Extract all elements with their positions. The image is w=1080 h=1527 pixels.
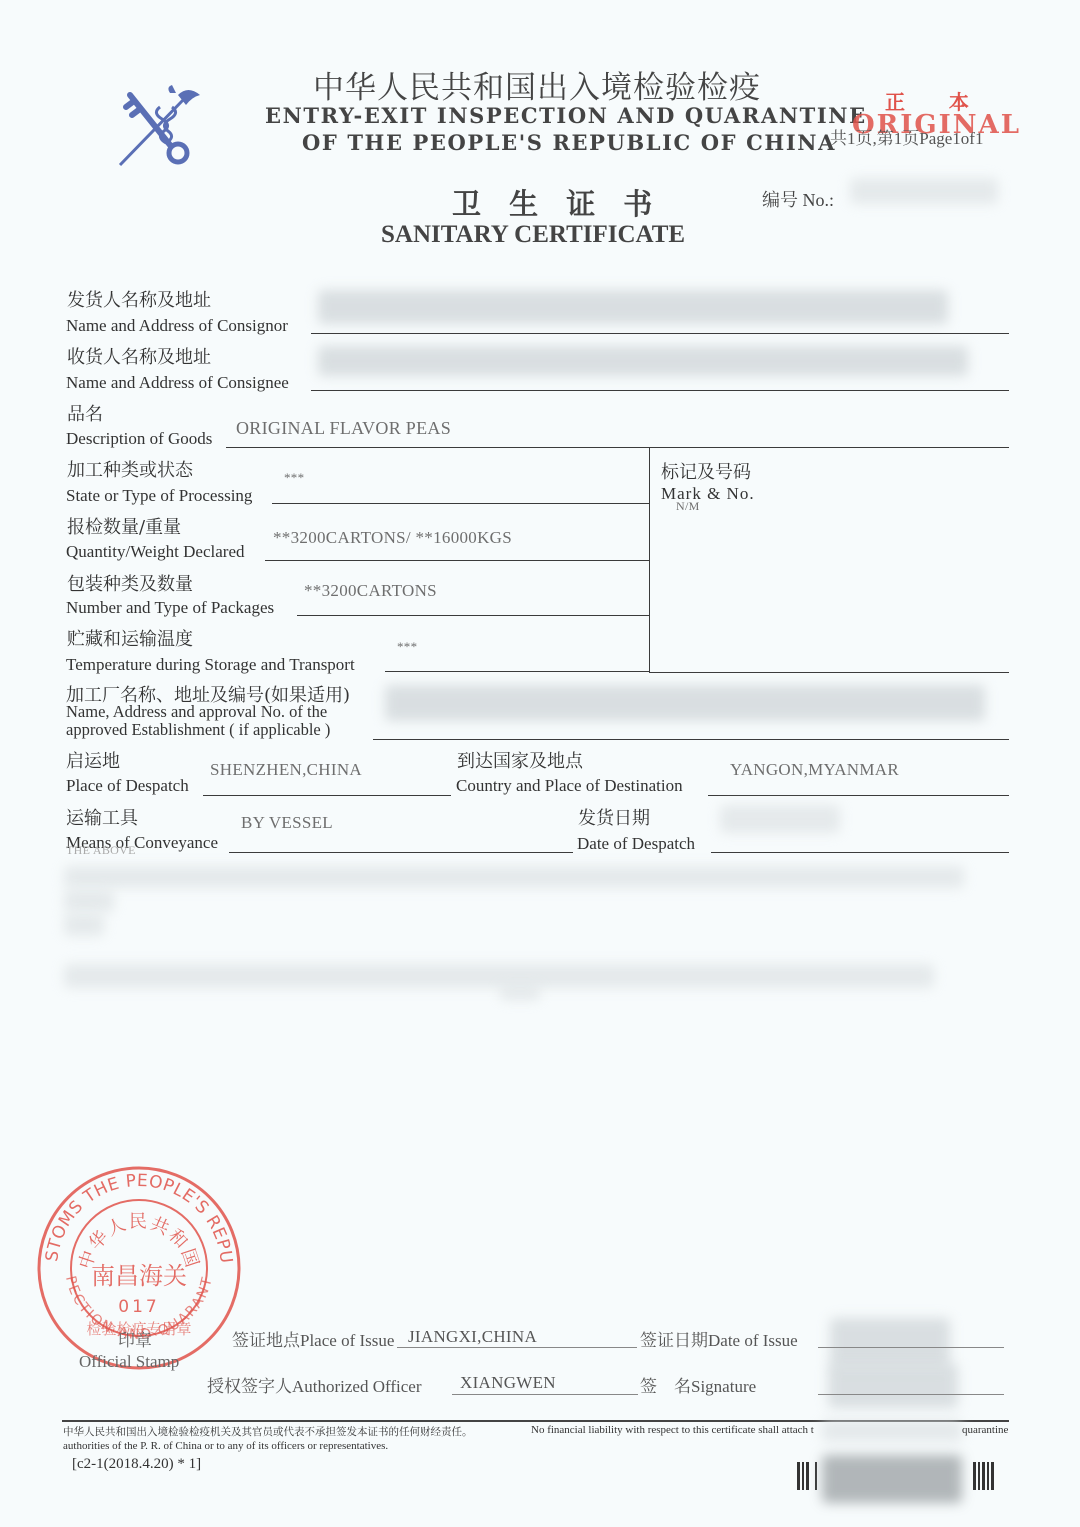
footer-disclaimer-en-line2: authorities of the P. R. of China or to …: [63, 1440, 388, 1452]
temperature-label-zh: 贮藏和运输温度: [67, 625, 193, 651]
authorized-officer-label: 授权签字人Authorized Officer: [207, 1372, 422, 1397]
temperature-label-en: Temperature during Storage and Transport: [66, 655, 355, 675]
destination-value: YANGON,MYANMAR: [730, 760, 899, 780]
consignor-label-en: Name and Address of Consignor: [66, 316, 288, 336]
processing-value: ***: [284, 470, 304, 486]
despatch-place-label-zh: 启运地: [66, 747, 120, 773]
establishment-value-redacted: [385, 685, 985, 721]
temperature-value: ***: [397, 639, 417, 655]
stamp-label-zh: 印章: [118, 1326, 152, 1351]
establishment-label-en-line2: approved Establishment ( if applicable ): [66, 720, 330, 740]
mark-box-bottom: [649, 672, 1009, 673]
org-name-en-line1: ENTRY-EXIT INSPECTION AND QUARANTINE: [265, 103, 867, 128]
mark-value: N/M: [676, 499, 700, 514]
consignee-label-en: Name and Address of Consignee: [66, 373, 289, 393]
conveyance-underline: [229, 852, 573, 853]
signature-value-redacted: [828, 1364, 958, 1408]
stamp-label-en: Official Stamp: [79, 1352, 179, 1372]
signature-label: 签 名Signature: [640, 1372, 756, 1397]
certificate-number-label: 编号 No.:: [762, 186, 834, 212]
quantity-value: **3200CARTONS/ **16000KGS: [273, 528, 512, 548]
place-of-issue-label: 签证地点Place of Issue: [232, 1326, 394, 1351]
certificate-number-value-redacted: [850, 178, 998, 204]
processing-label-en: State or Type of Processing: [66, 486, 252, 506]
svg-text:017: 017: [118, 1297, 159, 1317]
date-of-issue-underline: [818, 1347, 1004, 1348]
processing-underline: [272, 503, 650, 504]
svg-text:南昌海关: 南昌海关: [91, 1262, 187, 1290]
place-of-issue-value: JIANGXI,CHINA: [408, 1327, 537, 1347]
quantity-label-en: Quantity/Weight Declared: [66, 542, 244, 562]
processing-label-zh: 加工种类或状态: [67, 456, 193, 482]
declaration-body-redacted-line1: [64, 866, 964, 888]
org-name-zh: 中华人民共和国出入境检验检疫: [313, 62, 761, 107]
authorized-officer-value: XIANGWEN: [460, 1373, 556, 1393]
footer-disclaimer-en-b: quarantine: [962, 1424, 1008, 1436]
mark-box-divider: [649, 448, 650, 672]
page-info: 共1页,第1页Page1of1: [830, 124, 983, 149]
despatch-date-label-zh: 发货日期: [578, 804, 650, 830]
consignor-value-redacted: [318, 290, 948, 324]
barcode-redacted: [822, 1455, 962, 1503]
goods-label-zh: 品名: [67, 400, 103, 426]
packages-value: **3200CARTONS: [304, 581, 437, 601]
authorized-officer-underline: [452, 1394, 638, 1395]
form-code: [c2-1(2018.4.20) * 1]: [72, 1456, 201, 1473]
destination-underline: [708, 795, 1009, 796]
despatch-place-value: SHENZHEN,CHINA: [210, 760, 362, 780]
date-of-issue-label: 签证日期Date of Issue: [640, 1326, 798, 1351]
consignee-label-zh: 收货人名称及地址: [67, 343, 211, 369]
org-name-en-line2: OF THE PEOPLE'S REPUBLIC OF CHINA: [302, 130, 836, 155]
consignee-value-redacted: [318, 346, 968, 376]
declaration-body-redacted-line2: [64, 890, 114, 912]
date-of-issue-value-redacted: [830, 1318, 950, 1368]
packages-underline: [297, 615, 650, 616]
despatch-date-value-redacted: [720, 805, 840, 833]
footer-disclaimer-en-a: No financial liability with respect to t…: [531, 1424, 814, 1436]
consignee-underline: [311, 390, 1009, 391]
signature-underline: [818, 1394, 1004, 1395]
place-of-issue-underline: [397, 1347, 637, 1348]
packages-label-zh: 包装种类及数量: [67, 570, 193, 596]
packages-label-en: Number and Type of Packages: [66, 598, 274, 618]
declaration-body-redacted-line5: [500, 986, 540, 1000]
certificate-title-zh: 卫 生 证 书: [452, 182, 661, 223]
footer-disclaimer-zh: 中华人民共和国出入境检验检疫机关及其官员或代表不承担签发本证书的任何财经责任。: [63, 1424, 473, 1439]
temperature-underline: [385, 671, 650, 672]
establishment-underline: [373, 739, 1009, 740]
emblem-logo: [112, 85, 202, 170]
despatch-place-label-en: Place of Despatch: [66, 776, 189, 796]
certificate-title-en: SANITARY CERTIFICATE: [381, 221, 685, 249]
quantity-underline: [265, 560, 650, 561]
goods-value: ORIGINAL FLAVOR PEAS: [236, 418, 451, 439]
footer-disclaimer-redacted: [822, 1420, 962, 1442]
goods-label-en: Description of Goods: [66, 429, 212, 449]
establishment-label-en-line1: Name, Address and approval No. of the: [66, 702, 327, 722]
goods-underline: [226, 447, 1009, 448]
declaration-body-redacted-line4: [64, 964, 934, 988]
consignor-label-zh: 发货人名称及地址: [67, 286, 211, 312]
despatch-place-underline: [203, 795, 451, 796]
despatch-date-label-en: Date of Despatch: [577, 834, 695, 854]
declaration-partial-text: THE ABOVE: [66, 843, 136, 858]
despatch-date-underline: [711, 852, 1009, 853]
declaration-body-redacted-line3: [64, 914, 104, 936]
conveyance-label-zh: 运输工具: [66, 804, 138, 830]
mark-label-zh: 标记及号码: [661, 458, 751, 484]
destination-label-zh: 到达国家及地点: [457, 747, 583, 773]
destination-label-en: Country and Place of Destination: [456, 776, 683, 796]
quantity-label-zh: 报检数量/重量: [67, 513, 181, 539]
consignor-underline: [311, 333, 1009, 334]
conveyance-value: BY VESSEL: [241, 813, 333, 833]
key-caduceus-emblem-icon: [112, 85, 202, 170]
